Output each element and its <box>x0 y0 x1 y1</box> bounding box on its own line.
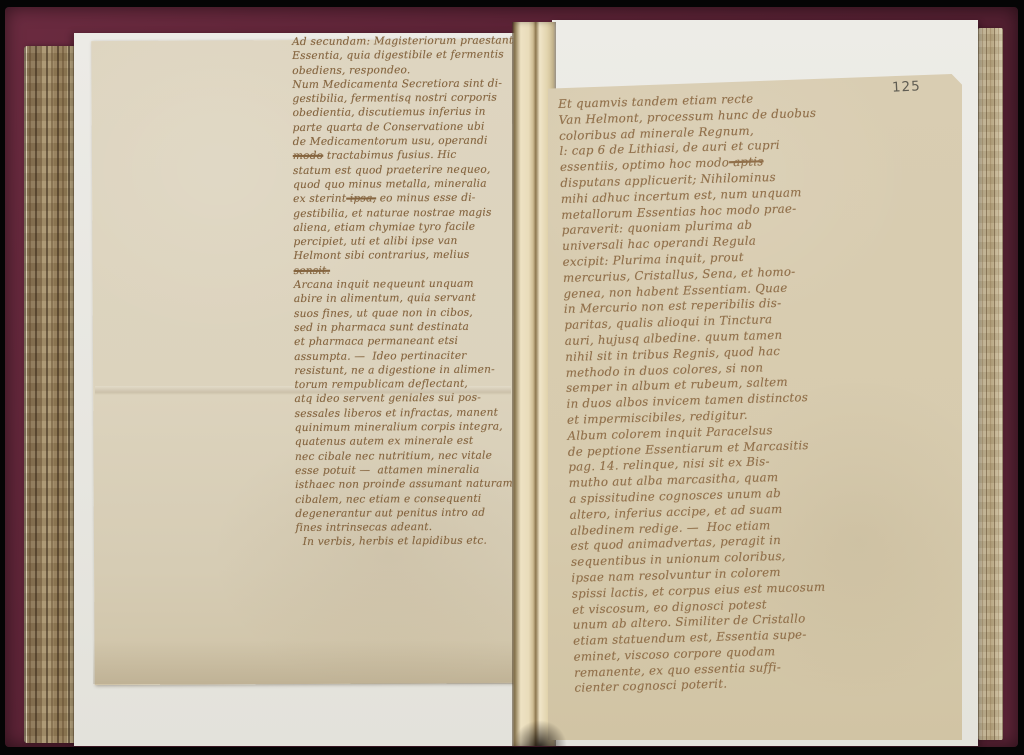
manuscript-line: modo tractabimus fusius. Hic <box>293 148 525 164</box>
manuscript-line: aliena, etiam chymiae tyro facile <box>293 219 525 235</box>
manuscript-photo: 125 Ad secundam: Magisteriorum praestant… <box>0 0 1024 755</box>
left-page-edges-texture <box>24 46 78 743</box>
manuscript-line: parte quarta de Conservatione ubi <box>293 119 525 135</box>
manuscript-line: assumpta. — Ideo pertinaciter <box>294 348 526 364</box>
manuscript-line: Essentia, quia digestibile et fermentis <box>292 48 524 64</box>
manuscript-line: sessales liberos et infractas, manent <box>295 405 527 421</box>
left-page-text: Ad secundam: Magisteriorum praestantEsse… <box>292 33 528 549</box>
manuscript-line: quod quo minus metalla, mineralia <box>293 176 525 192</box>
manuscript-line: suos fines, ut quae non in cibos, <box>294 305 526 321</box>
manuscript-line: degenerantur aut penitus intro ad <box>295 505 527 521</box>
manuscript-line: Arcana inquit nequeunt unquam <box>294 276 526 292</box>
manuscript-line: obedientia, discutiemus inferius in <box>292 105 524 121</box>
manuscript-line: sensit. <box>294 262 526 278</box>
manuscript-line: de Medicamentorum usu, operandi <box>293 133 525 149</box>
manuscript-line: gestibilia, fermentisq nostri corporis <box>292 91 524 107</box>
manuscript-line: Ad secundam: Magisteriorum praestant <box>292 33 524 49</box>
manuscript-line: Num Medicamenta Secretiora sint di- <box>292 76 524 92</box>
manuscript-line: torum rempublicam deflectant, <box>294 376 526 392</box>
right-page-text: Et quamvis tandem etiam recteVan Helmont… <box>558 88 893 697</box>
manuscript-line: Helmont sibi contrarius, melius <box>293 248 525 264</box>
manuscript-line: esse potuit — attamen mineralia <box>295 462 527 478</box>
manuscript-line: isthaec non proinde assumant naturam <box>295 477 527 493</box>
manuscript-line: sed in pharmaca sunt destinata <box>294 319 526 335</box>
page-number: 125 <box>892 78 922 95</box>
manuscript-line: quatenus autem ex minerale est <box>295 434 527 450</box>
manuscript-line: In verbis, herbis et lapidibus etc. <box>295 534 527 550</box>
manuscript-line: nec cibale nec nutritium, nec vitale <box>295 448 527 464</box>
manuscript-line: abire in alimentum, quia servant <box>294 291 526 307</box>
manuscript-line: atq ideo servent geniales sui pos- <box>294 391 526 407</box>
manuscript-line: quinimum mineralium corpis integra, <box>295 419 527 435</box>
manuscript-line: percipiet, uti et alibi ipse van <box>293 234 525 250</box>
manuscript-line: et pharmaca permaneant etsi <box>294 334 526 350</box>
manuscript-line: resistunt, ne a digestione in alimen- <box>294 362 526 378</box>
manuscript-line: obediens, respondeo. <box>292 62 524 78</box>
manuscript-line: fines intrinsecas adeant. <box>295 519 527 535</box>
manuscript-line: gestibilia, et naturae nostrae magis <box>293 205 525 221</box>
right-page-edges-texture <box>978 28 1003 740</box>
manuscript-line: ex sterint ipsa, eo minus esse di- <box>293 191 525 207</box>
manuscript-line: statum est quod praeterire nequeo, <box>293 162 525 178</box>
manuscript-line: cibalem, nec etiam e consequenti <box>295 491 527 507</box>
